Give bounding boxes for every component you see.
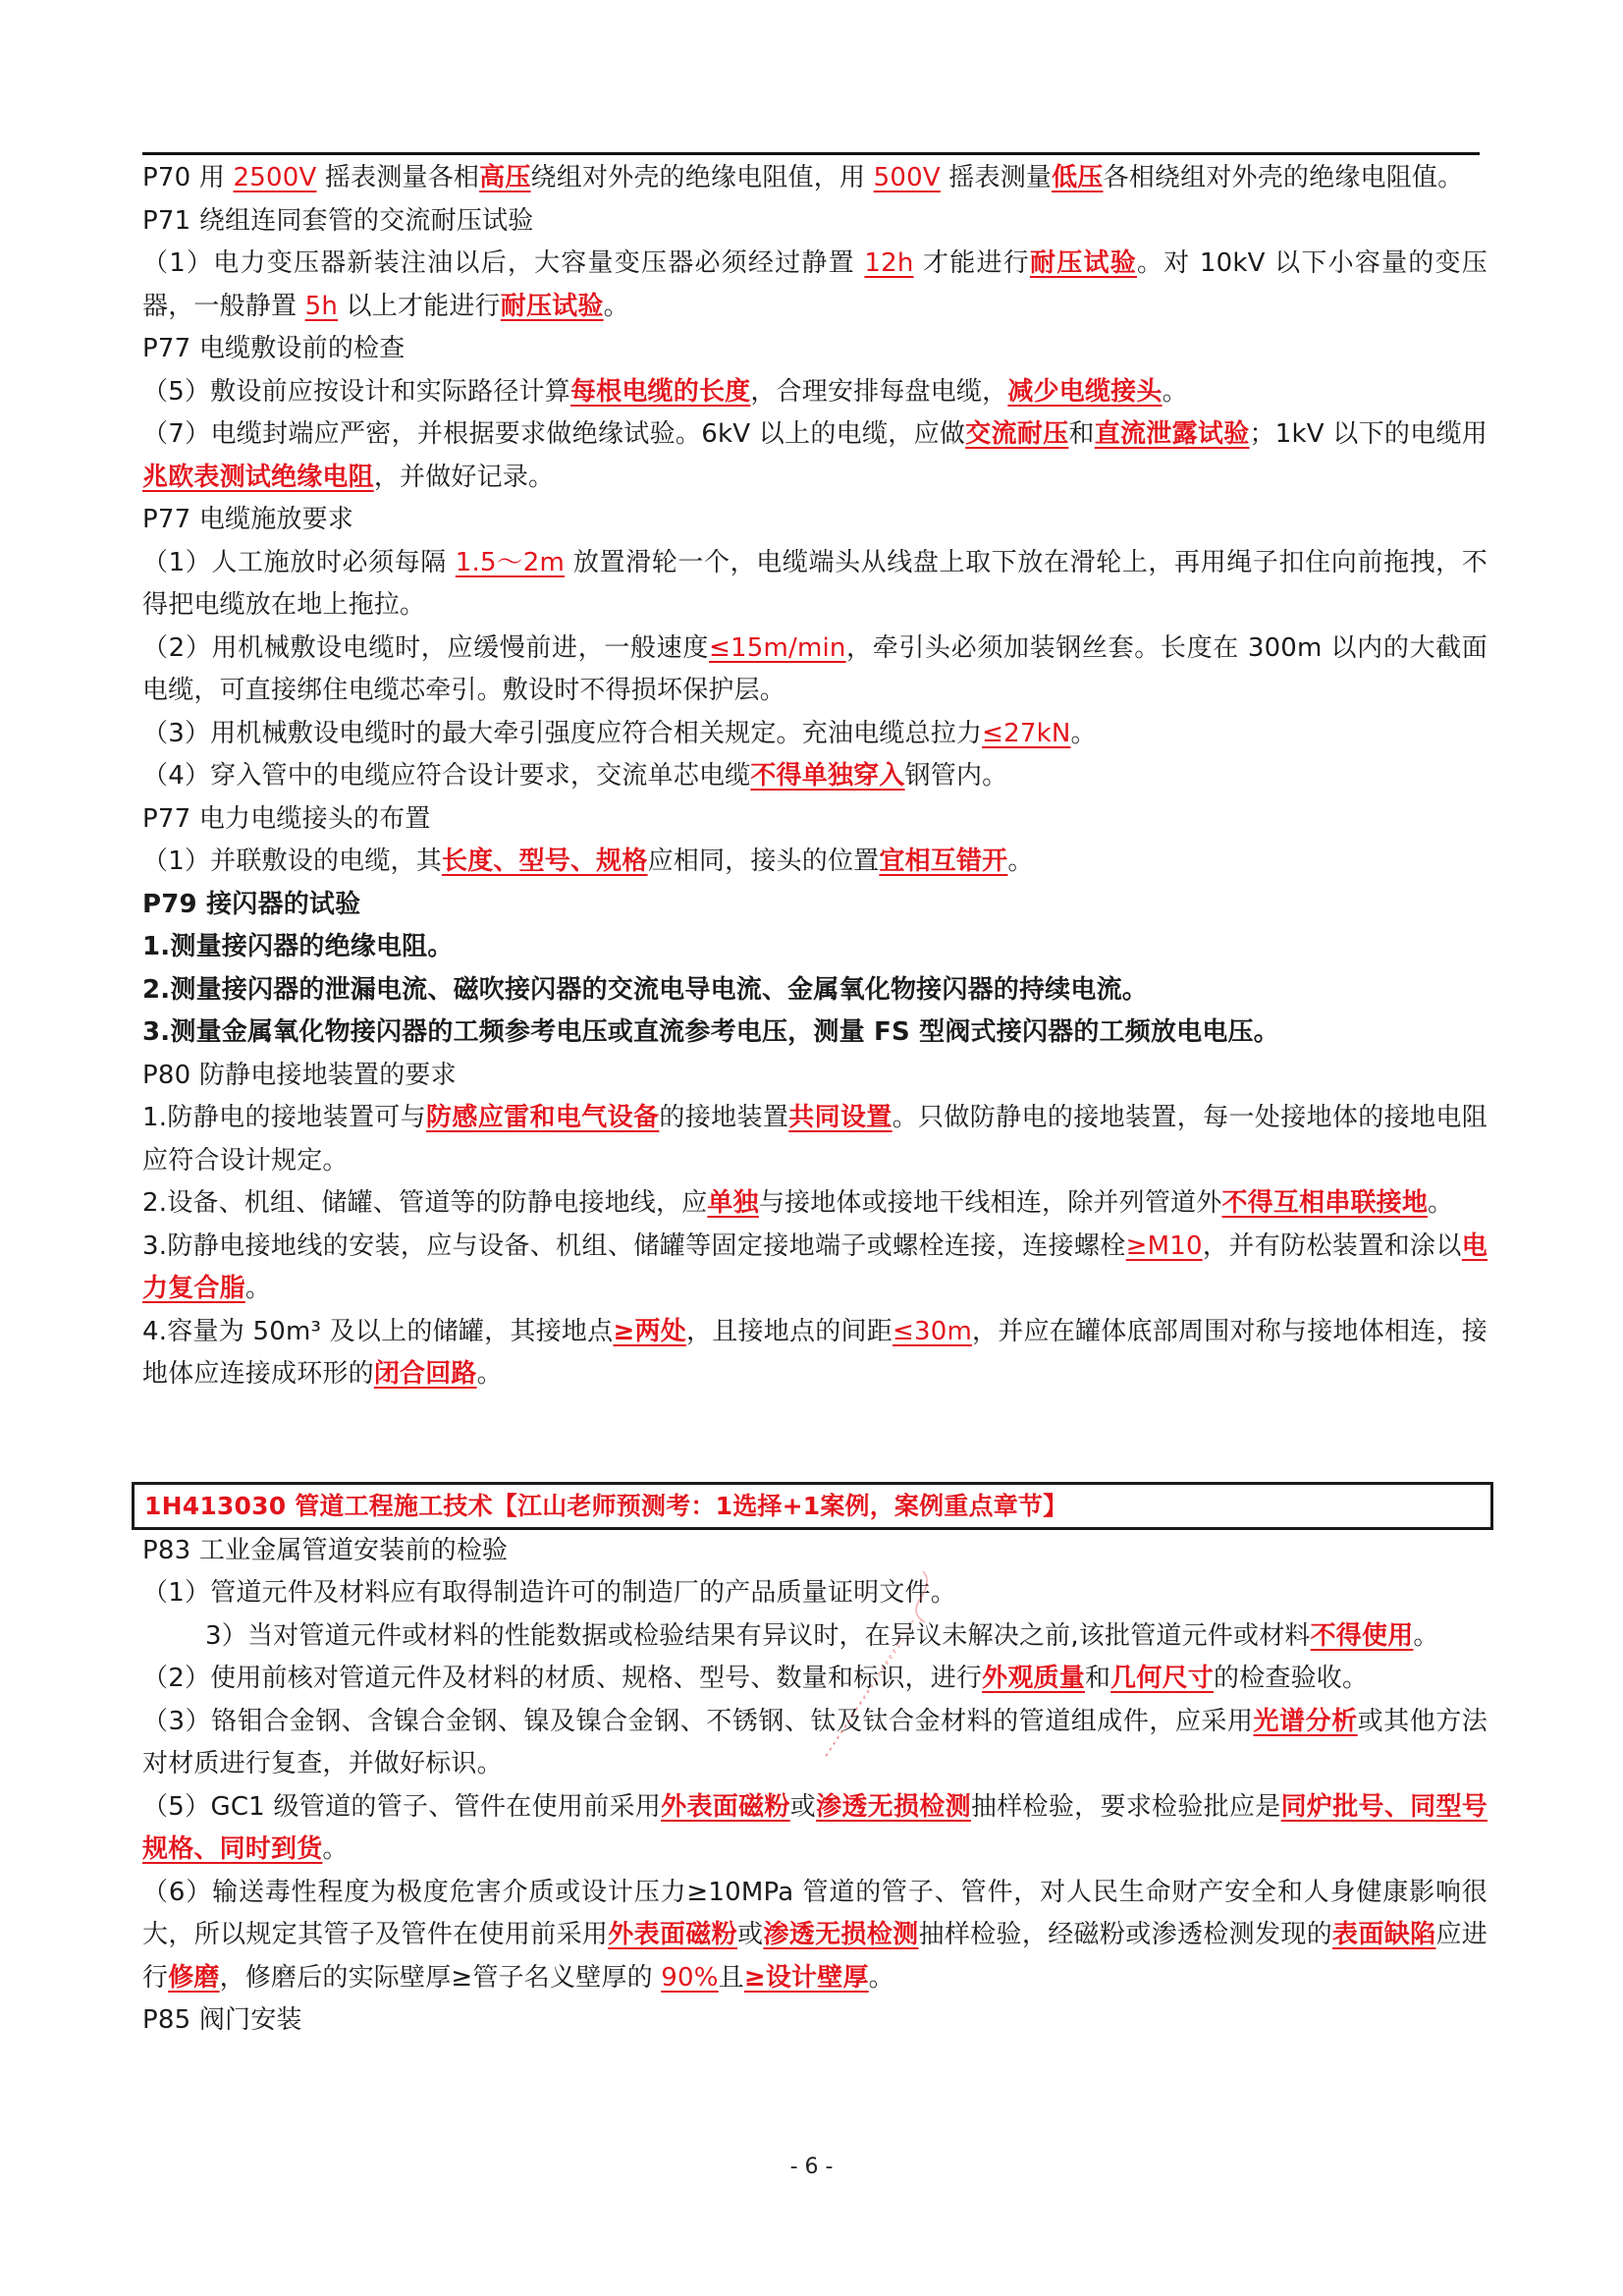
text-run: 3）当对管道元件或材料的性能数据或检验结果有异议时，在异议未解决之前,该批管道元… xyxy=(205,1621,1311,1651)
highlighted-keyword: 不得单独穿入 xyxy=(750,761,904,791)
highlighted-keyword: 不得使用 xyxy=(1311,1621,1414,1651)
text-run: 2.测量接闪器的泄漏电流、磁吹接闪器的交流电导电流、金属氧化物接闪器的持续电流。 xyxy=(142,975,1148,1005)
paragraph: 1.测量接闪器的绝缘电阻。 xyxy=(142,926,1488,969)
section-spacer xyxy=(142,1396,1488,1482)
text-run: P77 电缆施放要求 xyxy=(142,505,353,534)
paragraph: P79 接闪器的试验 xyxy=(142,884,1488,927)
text-run: 才能进行 xyxy=(914,248,1030,278)
paragraph: 3）当对管道元件或材料的性能数据或检验结果有异议时，在异议未解决之前,该批管道元… xyxy=(142,1615,1488,1659)
text-run: 摇表测量各相 xyxy=(316,163,479,192)
text-run: 。 xyxy=(1413,1621,1438,1651)
highlighted-keyword: 耐压试验 xyxy=(1030,248,1137,278)
highlighted-keyword: 几何尺寸 xyxy=(1110,1664,1214,1693)
highlighted-keyword: 宜相互错开 xyxy=(879,847,1007,876)
paragraph: （6）输送毒性程度为极度危害介质或设计压力≥10MPa 管道的管子、管件，对人民… xyxy=(142,1872,1488,2000)
text-run: 。 xyxy=(1071,719,1097,748)
text-run: ，修磨后的实际壁厚≥管子名义壁厚的 xyxy=(220,1963,662,1993)
paragraph: （2）用机械敷设电缆时，应缓慢前进，一般速度≤15m/min，牵引头必须加装钢丝… xyxy=(142,628,1488,713)
text-run: （1）人工施放时必须每隔 xyxy=(142,548,456,577)
text-run: 。 xyxy=(1428,1188,1453,1218)
highlighted-keyword: 防感应雷和电气设备 xyxy=(426,1103,659,1132)
text-run: 和 xyxy=(1068,419,1094,449)
text-run: （5）敷设前应按设计和实际路径计算 xyxy=(142,377,570,407)
highlighted-keyword: 减少电缆接头 xyxy=(1007,377,1162,407)
paragraph: （1）并联敷设的电缆，其长度、型号、规格应相同，接头的位置宜相互错开。 xyxy=(142,841,1488,884)
highlighted-keyword: 不得互相串联接地 xyxy=(1221,1188,1428,1218)
paragraph: P85 阀门安装 xyxy=(142,1999,1488,2043)
highlighted-keyword: 兆欧表测试绝缘电阻 xyxy=(142,463,374,492)
text-run: P71 绕组连同套管的交流耐压试验 xyxy=(142,206,533,236)
text-run: 与接地体或接地干线相连，除并列管道外 xyxy=(759,1188,1222,1218)
paragraph: （5）GC1 级管道的管子、管件在使用前采用外表面磁粉或渗透无损检测抽样检验，要… xyxy=(142,1786,1488,1872)
paragraph: 2.测量接闪器的泄漏电流、磁吹接闪器的交流电导电流、金属氧化物接闪器的持续电流。 xyxy=(142,969,1488,1012)
text-run: 绕组对外壳的绝缘电阻值，用 xyxy=(531,163,874,192)
text-run: （4）穿入管中的电缆应符合设计要求，交流单芯电缆 xyxy=(142,761,750,791)
paragraph: （1）管道元件及材料应有取得制造许可的制造厂的产品质量证明文件。 xyxy=(142,1572,1488,1615)
paragraph: P71 绕组连同套管的交流耐压试验 xyxy=(142,200,1488,244)
highlighted-keyword: 交流耐压 xyxy=(965,419,1068,449)
text-run: （1）并联敷设的电缆，其 xyxy=(142,847,442,876)
paragraph: 2.设备、机组、储罐、管道等的防静电接地线，应单独与接地体或接地干线相连，除并列… xyxy=(142,1182,1488,1226)
highlighted-keyword: 外观质量 xyxy=(982,1664,1085,1693)
page-number: - 6 - xyxy=(0,2155,1623,2179)
section-header-title: 1H413030 管道工程施工技术【江山老师预测考：1选择+1案例，案例重点章节… xyxy=(144,1492,1067,1520)
highlighted-keyword: 共同设置 xyxy=(788,1103,892,1132)
text-run: 。 xyxy=(477,1359,503,1389)
text-run: 4.容量为 50m³ 及以上的储罐，其接地点 xyxy=(142,1317,613,1346)
text-run: ，并做好记录。 xyxy=(374,463,554,492)
paragraph: （4）穿入管中的电缆应符合设计要求，交流单芯电缆不得单独穿入钢管内。 xyxy=(142,755,1488,798)
highlighted-keyword: ≥两处 xyxy=(613,1317,686,1346)
highlighted-keyword: 单独 xyxy=(707,1188,758,1218)
text-run: 。 xyxy=(604,292,629,321)
highlighted-keyword: 90% xyxy=(661,1963,718,1993)
paragraph: P80 防静电接地装置的要求 xyxy=(142,1055,1488,1098)
paragraph: P70 用 2500V 摇表测量各相高压绕组对外壳的绝缘电阻值，用 500V 摇… xyxy=(142,157,1488,200)
section-header-box: 1H413030 管道工程施工技术【江山老师预测考：1选择+1案例，案例重点章节… xyxy=(132,1482,1493,1530)
text-run: 或 xyxy=(737,1920,763,1949)
highlighted-keyword: ≤15m/min xyxy=(709,633,846,663)
text-run: P77 电缆敷设前的检查 xyxy=(142,334,405,363)
paragraph: （2）使用前核对管道元件及材料的材质、规格、型号、数量和标识，进行外观质量和几何… xyxy=(142,1658,1488,1701)
text-run: 且 xyxy=(719,1963,744,1993)
text-run: （2）用机械敷设电缆时，应缓慢前进，一般速度 xyxy=(142,633,709,663)
text-run: 。 xyxy=(869,1963,894,1993)
text-run: （1）管道元件及材料应有取得制造许可的制造厂的产品质量证明文件。 xyxy=(142,1578,956,1608)
text-run: （3）铬钼合金钢、含镍合金钢、镍及镍合金钢、不锈钢、钛及钛合金材料的管道组成件，… xyxy=(142,1707,1254,1736)
text-run: 抽样检验，经磁粉或渗透检测发现的 xyxy=(918,1920,1332,1949)
highlighted-keyword: 渗透无损检测 xyxy=(763,1920,918,1949)
text-run: 的接地装置 xyxy=(659,1103,788,1132)
document-page: P70 用 2500V 摇表测量各相高压绕组对外壳的绝缘电阻值，用 500V 摇… xyxy=(0,0,1623,2296)
text-run: 摇表测量 xyxy=(941,163,1052,192)
text-run: P85 阀门安装 xyxy=(142,2005,302,2035)
paragraph: P77 电力电缆接头的布置 xyxy=(142,798,1488,842)
highlighted-keyword: ≥M10 xyxy=(1126,1231,1203,1261)
highlighted-keyword: 修磨 xyxy=(168,1963,219,1993)
highlighted-keyword: ≤27kN xyxy=(982,719,1070,748)
paragraph: P77 电缆施放要求 xyxy=(142,499,1488,542)
header-rule xyxy=(142,152,1480,155)
text-run: 各相绕组对外壳的绝缘电阻值。 xyxy=(1104,163,1464,192)
text-run: ，合理安排每盘电缆， xyxy=(750,377,1007,407)
text-run: 1.防静电的接地装置可与 xyxy=(142,1103,426,1132)
highlighted-keyword: 2500V xyxy=(234,163,317,192)
paragraph: （7）电缆封端应严密，并根据要求做绝缘试验。6kV 以上的电缆，应做交流耐压和直… xyxy=(142,413,1488,499)
highlighted-keyword: ≤30m xyxy=(893,1317,972,1346)
page-content: P70 用 2500V 摇表测量各相高压绕组对外壳的绝缘电阻值，用 500V 摇… xyxy=(142,157,1488,2043)
highlighted-keyword: 500V xyxy=(874,163,941,192)
highlighted-keyword: 表面缺陷 xyxy=(1332,1920,1435,1949)
paragraph: 4.容量为 50m³ 及以上的储罐，其接地点≥两处，且接地点的间距≤30m，并应… xyxy=(142,1311,1488,1396)
highlighted-keyword: 长度、型号、规格 xyxy=(442,847,648,876)
text-run: 。 xyxy=(1163,377,1188,407)
highlighted-keyword: 耐压试验 xyxy=(501,292,604,321)
text-run: P70 用 xyxy=(142,163,234,192)
text-run: 2.设备、机组、储罐、管道等的防静电接地线，应 xyxy=(142,1188,707,1218)
text-run: 和 xyxy=(1085,1664,1110,1693)
text-run: 或 xyxy=(790,1792,816,1822)
text-run: P79 接闪器的试验 xyxy=(142,890,360,919)
text-run: （2）使用前核对管道元件及材料的材质、规格、型号、数量和标识，进行 xyxy=(142,1664,982,1693)
section-electrical-tests: P70 用 2500V 摇表测量各相高压绕组对外壳的绝缘电阻值，用 500V 摇… xyxy=(142,157,1488,1396)
text-run: 3.防静电接地线的安装，应与设备、机组、储罐等固定接地端子或螺栓连接，连接螺栓 xyxy=(142,1231,1126,1261)
highlighted-keyword: 光谱分析 xyxy=(1254,1707,1358,1736)
paragraph: （5）敷设前应按设计和实际路径计算每根电缆的长度，合理安排每盘电缆，减少电缆接头… xyxy=(142,371,1488,414)
highlighted-keyword: 低压 xyxy=(1052,163,1103,192)
highlighted-keyword: 12h xyxy=(864,248,913,278)
text-run: 的检查验收。 xyxy=(1214,1664,1368,1693)
text-run: ，且接地点的间距 xyxy=(686,1317,893,1346)
text-run: 。 xyxy=(1007,847,1033,876)
text-run: 抽样检验，要求检验批应是 xyxy=(971,1792,1281,1822)
text-run: （1）电力变压器新装注油以后，大容量变压器必须经过静置 xyxy=(142,248,864,278)
paragraph: 3.防静电接地线的安装，应与设备、机组、储罐等固定接地端子或螺栓连接，连接螺栓≥… xyxy=(142,1226,1488,1311)
text-run: ，并有防松装置和涂以 xyxy=(1203,1231,1462,1261)
paragraph: 3.测量金属氧化物接闪器的工频参考电压或直流参考电压，测量 FS 型阀式接闪器的… xyxy=(142,1011,1488,1055)
highlighted-keyword: 闭合回路 xyxy=(374,1359,477,1389)
text-run: P80 防静电接地装置的要求 xyxy=(142,1061,457,1090)
text-run: （7）电缆封端应严密，并根据要求做绝缘试验。6kV 以上的电缆，应做 xyxy=(142,419,965,449)
highlighted-keyword: ≥设计壁厚 xyxy=(744,1963,869,1993)
highlighted-keyword: 1.5～2m xyxy=(456,548,565,577)
paragraph: P77 电缆敷设前的检查 xyxy=(142,328,1488,371)
paragraph: （1）电力变压器新装注油以后，大容量变压器必须经过静置 12h 才能进行耐压试验… xyxy=(142,243,1488,328)
text-run: 以上才能进行 xyxy=(338,292,501,321)
text-run: （3）用机械敷设电缆时的最大牵引强度应符合相关规定。充油电缆总拉力 xyxy=(142,719,982,748)
paragraph: （3）铬钼合金钢、含镍合金钢、镍及镍合金钢、不锈钢、钛及钛合金材料的管道组成件，… xyxy=(142,1701,1488,1786)
paragraph: （3）用机械敷设电缆时的最大牵引强度应符合相关规定。充油电缆总拉力≤27kN。 xyxy=(142,713,1488,756)
text-run: P83 工业金属管道安装前的检验 xyxy=(142,1536,508,1565)
section-pipeline-construction: P83 工业金属管道安装前的检验（1）管道元件及材料应有取得制造许可的制造厂的产… xyxy=(142,1530,1488,2043)
highlighted-keyword: 每根电缆的长度 xyxy=(570,377,750,407)
text-run: P77 电力电缆接头的布置 xyxy=(142,804,431,834)
text-run: 1.测量接闪器的绝缘电阻。 xyxy=(142,932,454,961)
text-run: 。 xyxy=(245,1274,271,1303)
text-run: 。 xyxy=(322,1834,348,1864)
highlighted-keyword: 5h xyxy=(305,292,338,321)
paragraph: 1.防静电的接地装置可与防感应雷和电气设备的接地装置共同设置。只做防静电的接地装… xyxy=(142,1097,1488,1182)
text-run: （5）GC1 级管道的管子、管件在使用前采用 xyxy=(142,1792,661,1822)
text-run: 应相同，接头的位置 xyxy=(648,847,880,876)
paragraph: P83 工业金属管道安装前的检验 xyxy=(142,1530,1488,1573)
highlighted-keyword: 外表面磁粉 xyxy=(661,1792,790,1822)
highlighted-keyword: 外表面磁粉 xyxy=(608,1920,737,1949)
paragraph: （1）人工施放时必须每隔 1.5～2m 放置滑轮一个，电缆端头从线盘上取下放在滑… xyxy=(142,542,1488,628)
highlighted-keyword: 直流泄露试验 xyxy=(1095,419,1250,449)
highlighted-keyword: 高压 xyxy=(479,163,530,192)
text-run: ；1kV 以下的电缆用 xyxy=(1250,419,1488,449)
highlighted-keyword: 渗透无损检测 xyxy=(816,1792,971,1822)
text-run: 3.测量金属氧化物接闪器的工频参考电压或直流参考电压，测量 FS 型阀式接闪器的… xyxy=(142,1017,1279,1047)
text-run: 钢管内。 xyxy=(905,761,1008,791)
